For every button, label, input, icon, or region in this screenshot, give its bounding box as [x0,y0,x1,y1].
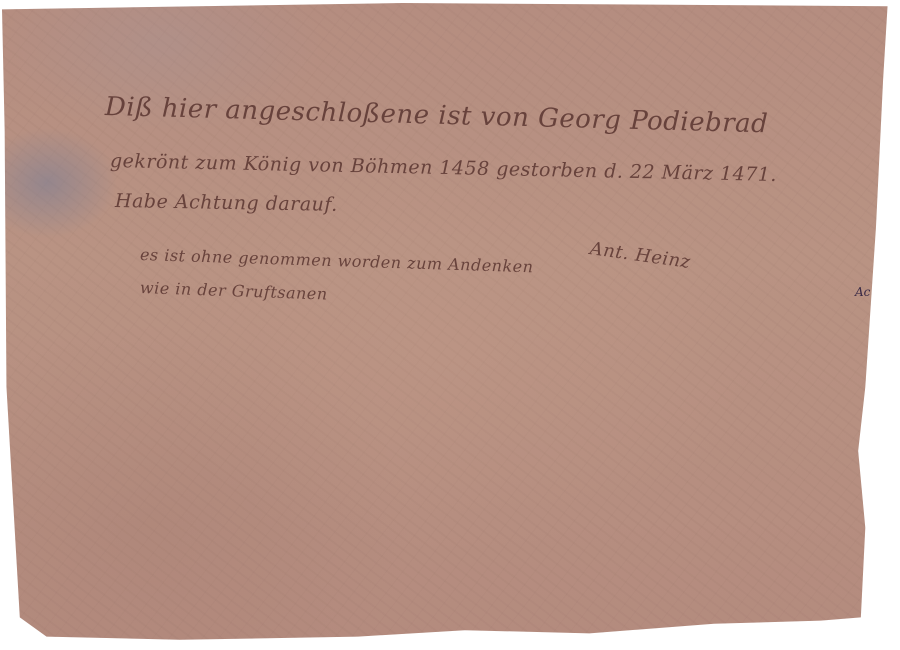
handwritten-line-3: Habe Achtung darauf. [115,190,338,216]
margin-mark: Ac [855,285,870,299]
